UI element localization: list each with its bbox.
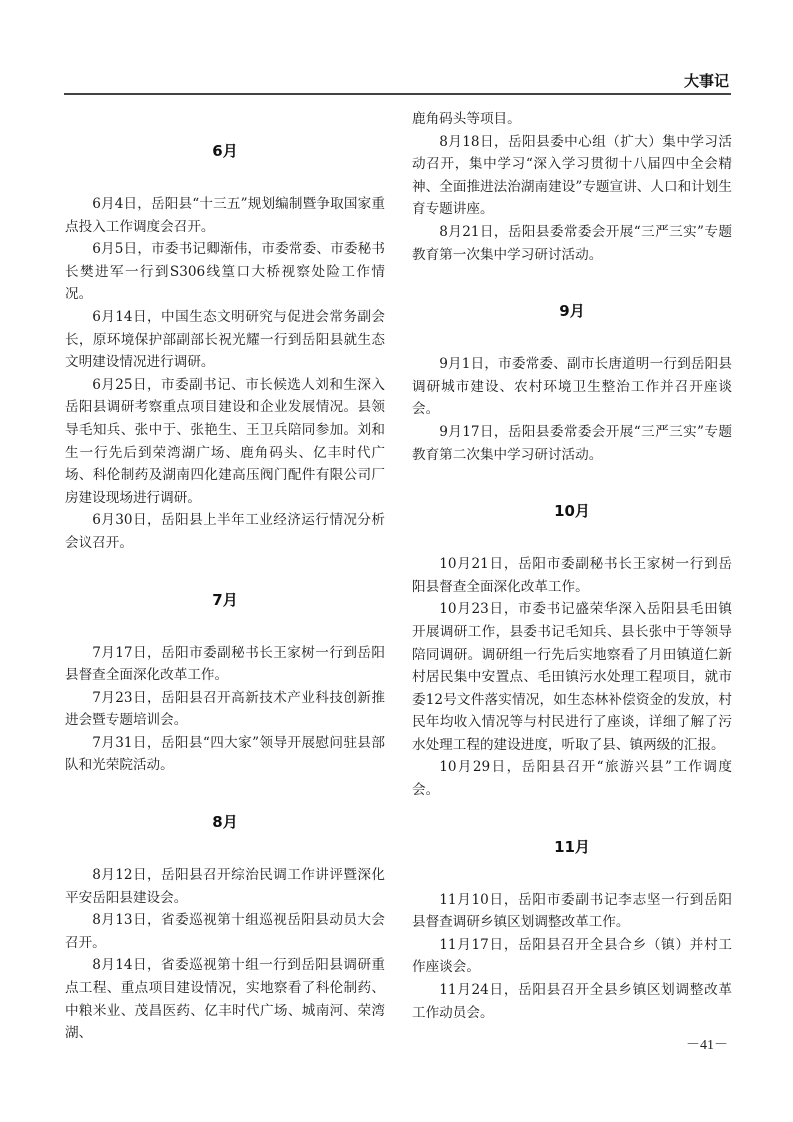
event-entry: 9月17日，岳阳县委常委会开展“三严三实”专题教育第二次集中学习研讨活动。 — [412, 421, 732, 466]
event-entry: 11月10日，岳阳市委副书记李志坚一行到岳阳县督查调研乡镇区划调整改革工作。 — [412, 889, 732, 934]
month-heading-july: 7月 — [65, 589, 385, 611]
month-heading-november: 11月 — [412, 836, 732, 858]
event-entry: 7月17日，岳阳市委副秘书长王家树一行到岳阳县督查全面深化改革工作。 — [65, 642, 385, 687]
month-heading-september: 9月 — [412, 300, 732, 322]
month-heading-october: 10月 — [412, 500, 732, 522]
month-heading-august: 8月 — [65, 811, 385, 833]
left-column: 6月 6月4日，岳阳县“十三五”规划编制暨争取国家重点投入工作调度会召开。 6月… — [65, 108, 385, 1045]
month-heading-june: 6月 — [65, 140, 385, 162]
event-entry: 9月1日，市委常委、副市长唐道明一行到岳阳县调研城市建设、农村环境卫生整治工作并… — [412, 353, 732, 421]
event-entry: 7月23日，岳阳县召开高新技术产业科技创新推进会暨专题培训会。 — [65, 687, 385, 732]
event-entry: 8月21日，岳阳县委常委会开展“三严三实”专题教育第一次集中学习研讨活动。 — [412, 221, 732, 266]
event-entry: 8月13日，省委巡视第十组巡视岳阳县动员大会召开。 — [65, 909, 385, 954]
page-number: －41－ — [686, 1034, 728, 1054]
event-entry: 10月21日，岳阳市委副秘书长王家树一行到岳阳县督查全面深化改革工作。 — [412, 553, 732, 598]
event-entry: 6月4日，岳阳县“十三五”规划编制暨争取国家重点投入工作调度会召开。 — [65, 193, 385, 238]
event-entry: 10月23日，市委书记盛荣华深入岳阳县毛田镇开展调研工作，县委书记毛知兵、县长张… — [412, 598, 732, 756]
event-entry: 11月17日，岳阳县召开全县合乡（镇）并村工作座谈会。 — [412, 934, 732, 979]
event-entry: 8月12日，岳阳县召开综治民调工作讲评暨深化平安岳阳县建设会。 — [65, 864, 385, 909]
event-entry: 6月14日，中国生态文明研究与促进会常务副会长，原环境保护部副部长祝光耀一行到岳… — [65, 306, 385, 374]
event-entry-continuation: 鹿角码头等项目。 — [412, 108, 732, 131]
right-column: 鹿角码头等项目。 8月18日，岳阳县委中心组（扩大）集中学习活动召开，集中学习“… — [412, 108, 732, 1024]
event-entry: 6月25日，市委副书记、市长候选人刘和生深入岳阳县调研考察重点项目建设和企业发展… — [65, 374, 385, 510]
event-entry: 6月30日，岳阳县上半年工业经济运行情况分析会议召开。 — [65, 509, 385, 554]
event-entry: 8月18日，岳阳县委中心组（扩大）集中学习活动召开，集中学习“深入学习贯彻十八届… — [412, 131, 732, 221]
event-entry: 7月31日，岳阳县“四大家”领导开展慰问驻县部队和光荣院活动。 — [65, 732, 385, 777]
event-entry: 6月5日，市委书记卿渐伟，市委常委、市委秘书长樊进军一行到S306线篁口大桥视察… — [65, 238, 385, 306]
header-rule — [64, 93, 731, 95]
running-head-title: 大事记 — [684, 70, 729, 91]
event-entry: 10月29日，岳阳县召开“旅游兴县”工作调度会。 — [412, 756, 732, 801]
event-entry: 8月14日，省委巡视第十组一行到岳阳县调研重点工程、重点项目建设情况，实地察看了… — [65, 954, 385, 1044]
event-entry: 11月24日，岳阳县召开全县乡镇区划调整改革工作动员会。 — [412, 979, 732, 1024]
